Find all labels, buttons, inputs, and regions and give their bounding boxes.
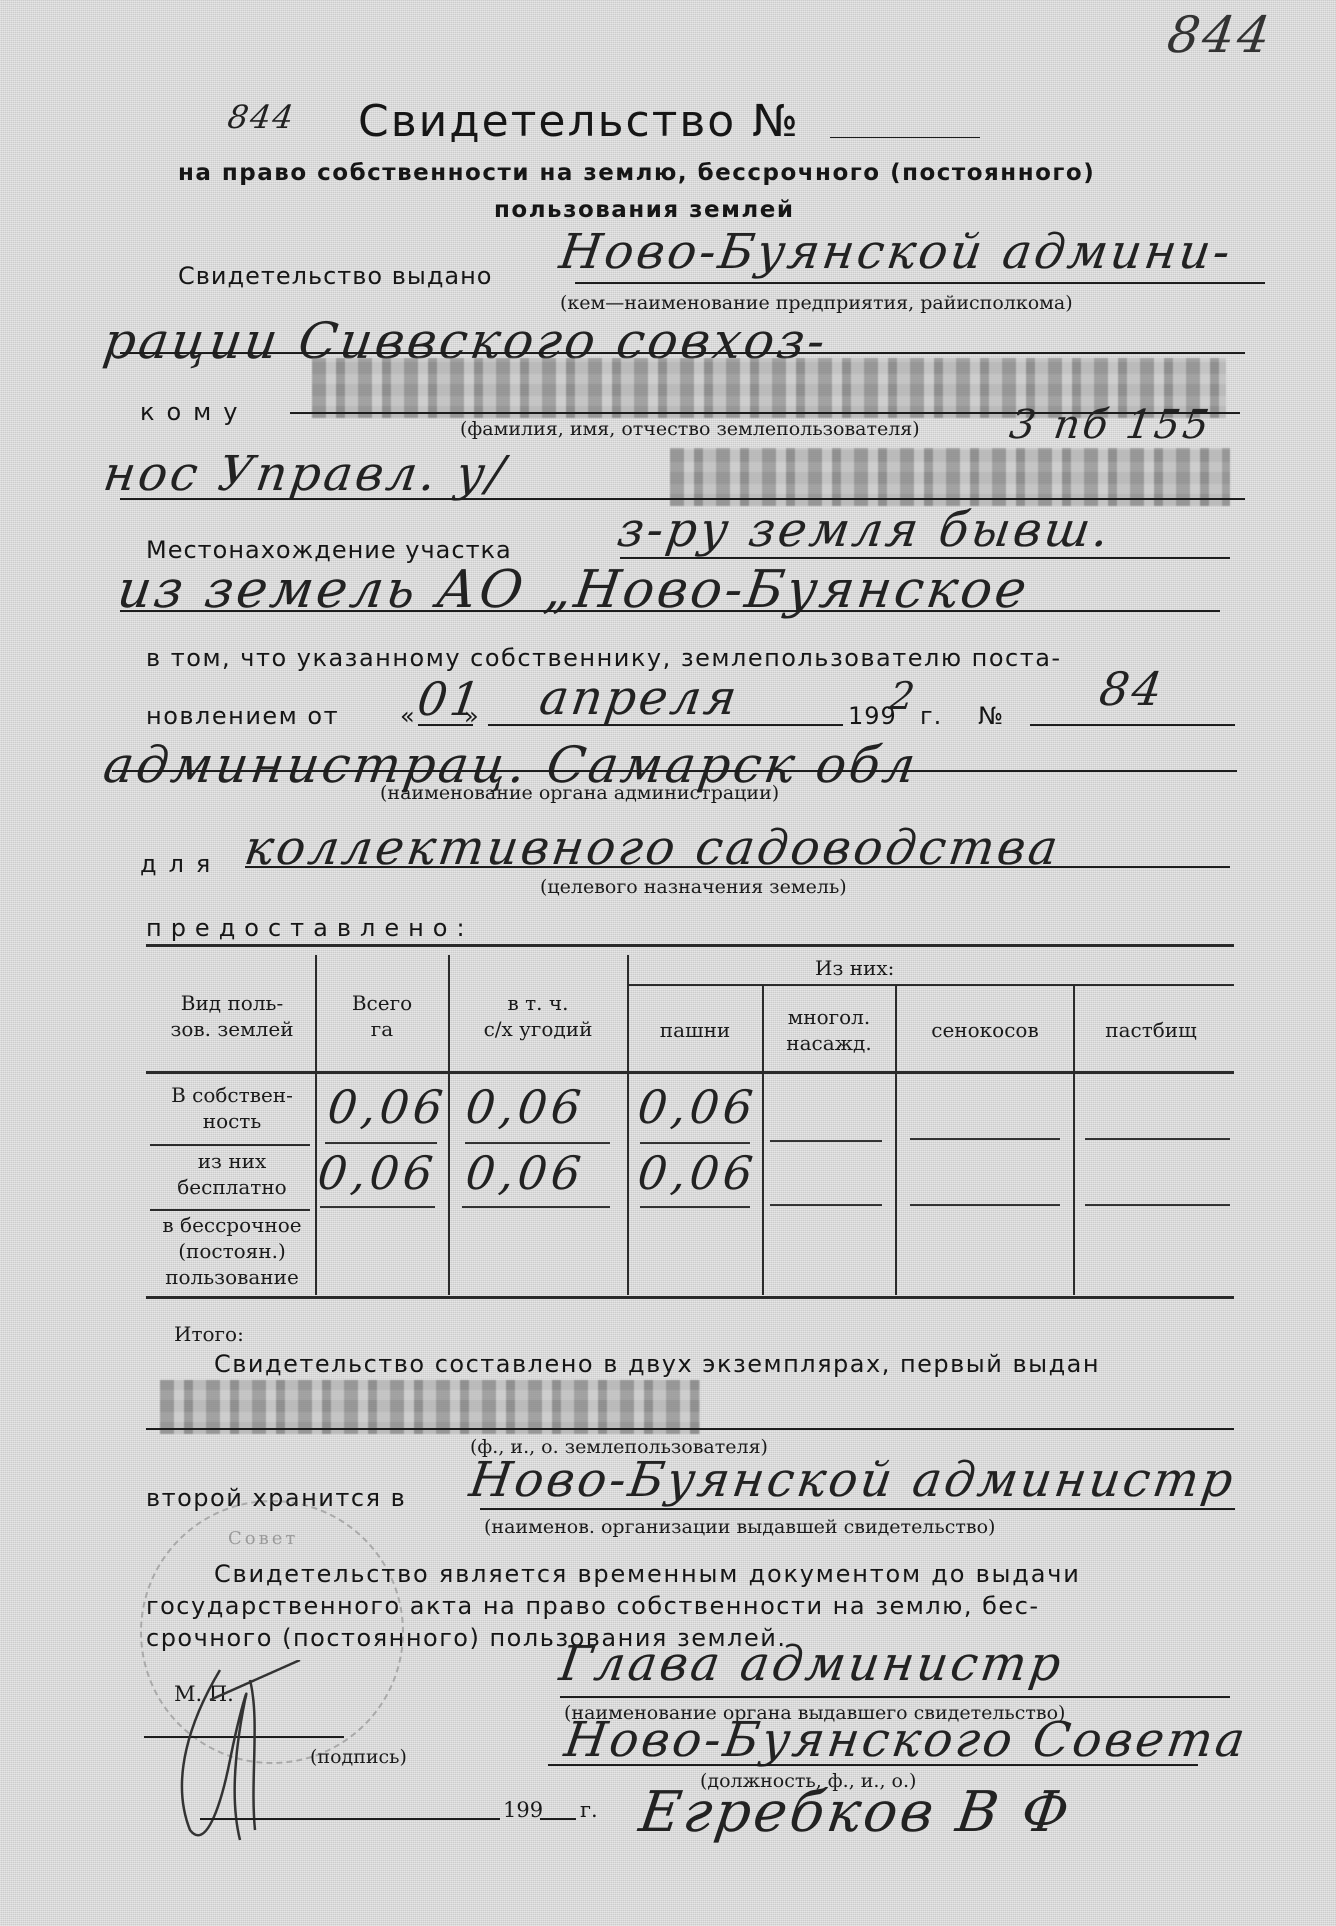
title-number-line [830,137,980,138]
resolution-prefix: новлением от [146,702,339,730]
col-header-pastures: пастбищ [1076,1018,1226,1042]
cell-underline [462,1206,610,1208]
cell-underline [640,1142,750,1144]
row-divider [150,1209,310,1211]
col-header-perennial: многол. насажд. [765,1004,893,1056]
cell-underline [640,1206,750,1208]
location-line1 [620,557,1230,559]
date-line [200,1818,500,1820]
row-label-free: из них бесплатно [150,1148,314,1200]
row-label-ownership: В собствен- ность [150,1082,314,1134]
cell-underline [465,1142,610,1144]
table-vline [627,955,629,1295]
location-line2 [120,610,1220,612]
cell-ownership-total: 0,06 [325,1080,449,1134]
date-year-line [540,1818,576,1820]
resolution-text: в том, что указанному собственнику, земл… [146,644,1062,672]
issued-by-value: Ново-Буянской админи- [556,224,1236,280]
granted-label: предоставлено: [146,914,474,942]
table-bottom-border [146,1296,1234,1299]
col-header-total-ha: Всего га [318,990,446,1042]
cell-dash-empty [1085,1204,1230,1206]
table-vline [1073,986,1075,1295]
date-year-printed: 199 [503,1798,543,1822]
purpose-label: для [140,850,222,878]
cell-free-total: 0,06 [315,1146,439,1200]
group-header-line [627,984,1234,986]
issued-by-caption: (кем—наименование предприятия, райисполк… [560,292,1073,314]
cell-dash-empty [910,1138,1060,1140]
header-bottom-border [146,1071,1234,1074]
table-vline [762,986,764,1295]
table-vline [895,986,897,1295]
notice-line2: государственного акта на право собственн… [146,1592,1040,1620]
purpose-caption: (целевого назначения земель) [540,876,847,898]
col-header-usage-type: Вид поль- зов. землей [152,990,312,1042]
issued-by-label: Свидетельство выдано [178,262,493,290]
resolution-number-label: № [978,702,1004,730]
resolution-number: 84 [1096,662,1168,716]
org-value-line1: Глава администр [556,1636,1067,1692]
row-label-perpetual: в бессрочное (постоян.) пользование [146,1212,318,1290]
authority-caption: (наименование органа администрации) [380,782,779,804]
col-header-agri-land: в т. ч. с/х угодий [452,990,624,1042]
table-group-header: Из них: [815,956,894,980]
page-title: Свидетельство № [358,96,800,147]
issued-by-line2 [120,352,1245,354]
notice-line1: Свидетельство является временным докумен… [214,1560,1081,1588]
resolution-month: апреля [536,670,743,726]
recipient-line2 [120,498,1245,500]
cell-underline [320,1206,435,1208]
table-top-border [146,944,1234,947]
recipient-caption: (фамилия, имя, отчество землепользовател… [460,418,920,440]
cell-free-agri: 0,06 [463,1146,587,1200]
number-line [1030,724,1235,726]
org-line2 [548,1764,1198,1766]
recipient-note: 3 пб 155 [1007,402,1215,448]
col-header-hayfields: сенокосов [898,1018,1072,1042]
subtitle-line1: на право собственности на землю, бессроч… [178,160,1095,186]
date-suffix: г. [580,1798,598,1822]
recipient-value-line2: нос Управл. у/ [100,446,511,502]
org-value-line2: Ново-Буянского Совета [561,1712,1251,1768]
cell-underline [325,1142,437,1144]
stamp-text: Совет [228,1528,298,1549]
cell-dash-empty [1085,1138,1230,1140]
second-copy-caption: (наименов. организации выдавшей свидетел… [484,1516,995,1538]
cell-ownership-agri: 0,06 [463,1080,587,1134]
copies-text: Свидетельство составлено в двух экземпля… [214,1350,1100,1378]
org-line1 [560,1696,1230,1698]
first-recipient-redacted [160,1380,700,1434]
location-value-line1: з-ру земля бывш. [614,502,1115,558]
col-header-arable: пашни [630,1018,760,1042]
cell-free-arable: 0,06 [635,1146,759,1200]
issued-by-line [575,282,1265,284]
recipient-label: кому [140,398,250,426]
cell-ownership-arable: 0,06 [635,1080,759,1134]
day-line [418,724,473,726]
official-name: Егребков В Ф [635,1780,1075,1845]
cell-dash-empty [910,1204,1060,1206]
table-vline [448,955,450,1295]
resolution-year-handwritten: 2 [887,674,920,718]
second-copy-line [480,1508,1235,1510]
number-prefix: 844 [225,98,297,136]
cell-dash-empty [770,1204,882,1206]
authority-line [112,770,1237,772]
first-recipient-line [146,1428,1234,1430]
second-copy-value: Ново-Буянской администр [466,1452,1239,1508]
subtitle-line2: пользования землей [494,197,794,223]
row-divider [150,1144,310,1146]
resolution-year-suffix: г. [920,702,942,730]
purpose-line [245,866,1230,868]
total-label: Итого: [174,1322,244,1346]
archive-number: 844 [1164,6,1277,64]
handwritten-signature [150,1660,330,1860]
month-line [488,724,843,726]
cell-dash-empty [770,1140,882,1142]
